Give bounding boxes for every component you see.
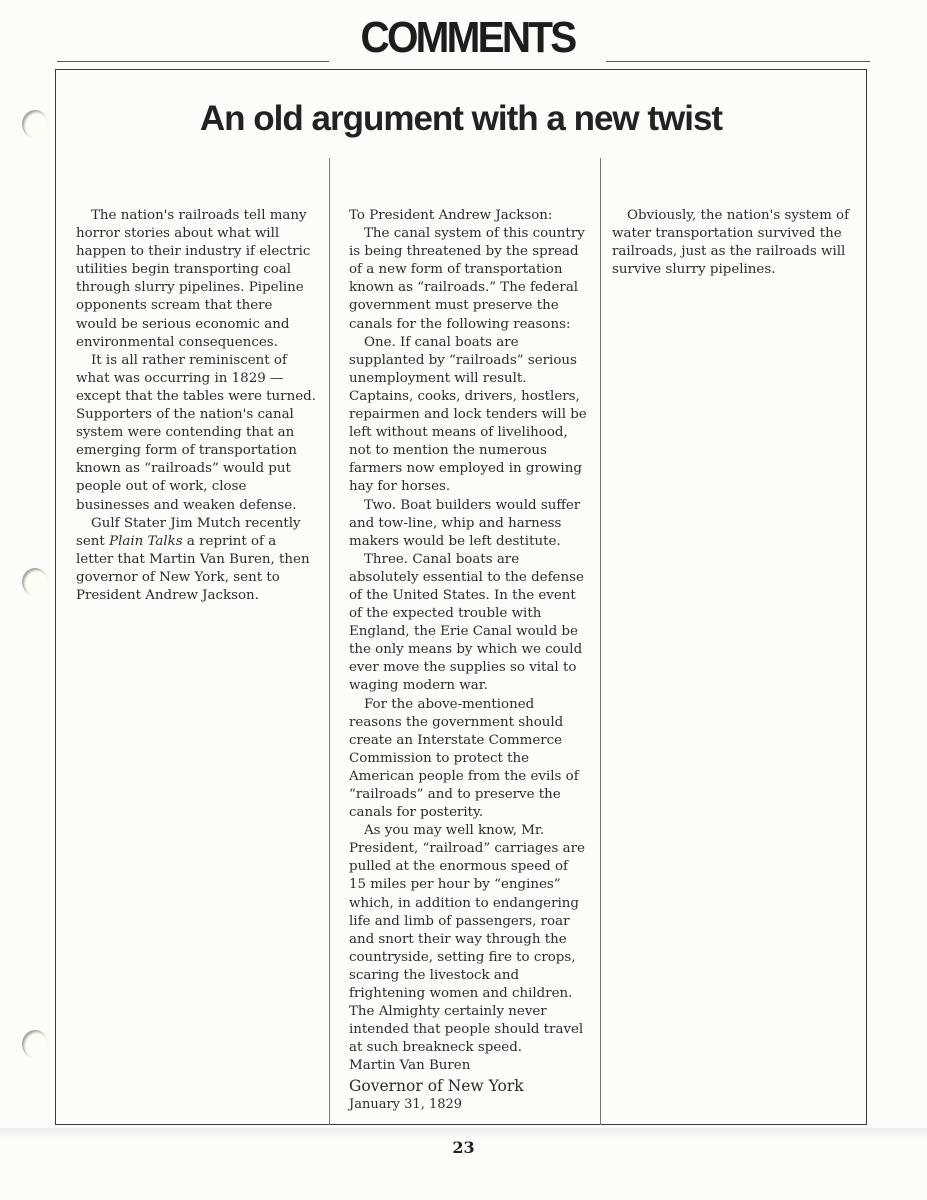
signature-name: Martin Van Buren <box>349 1057 589 1075</box>
page-number: 23 <box>0 1138 927 1157</box>
document-page: COMMENTS An old argument with a new twis… <box>0 0 927 1200</box>
paragraph: Gulf Stater Jim Mutch recently sent Plai… <box>76 515 316 605</box>
paragraph: For the above-mentioned reasons the gove… <box>349 696 589 823</box>
paragraph: The nation's railroads tell many horror … <box>76 207 316 352</box>
paragraph: It is all rather reminiscent of what was… <box>76 352 316 515</box>
article-column-2: To President Andrew Jackson: The canal s… <box>349 207 589 1114</box>
paragraph: Obviously, the nation's system of water … <box>612 207 852 279</box>
binder-hole <box>22 568 48 596</box>
signature-date: January 31, 1829 <box>349 1096 589 1114</box>
publication-name: Plain Talks <box>109 534 183 549</box>
column-divider <box>600 158 601 1125</box>
section-rule <box>57 61 329 62</box>
letter-salutation: To President Andrew Jackson: <box>349 207 589 225</box>
paragraph: Three. Canal boats are absolutely essent… <box>349 551 589 696</box>
article-column-3: Obviously, the nation's system of water … <box>612 207 852 279</box>
page-shadow <box>0 1128 927 1138</box>
paragraph: As you may well know, Mr. President, “ra… <box>349 822 589 1057</box>
paragraph: One. If canal boats are supplanted by “r… <box>349 334 589 497</box>
section-title: COMMENTS <box>340 10 595 66</box>
paragraph: Two. Boat builders would suffer and tow-… <box>349 497 589 551</box>
binder-hole <box>22 110 48 138</box>
column-divider <box>329 158 330 1125</box>
article-column-1: The nation's railroads tell many horror … <box>76 207 316 605</box>
paragraph: The canal system of this country is bein… <box>349 225 589 334</box>
section-rule <box>606 61 870 62</box>
binder-hole <box>22 1030 48 1058</box>
article-headline: An old argument with a new twist <box>55 96 867 142</box>
signature-title: Governor of New York <box>349 1076 589 1096</box>
